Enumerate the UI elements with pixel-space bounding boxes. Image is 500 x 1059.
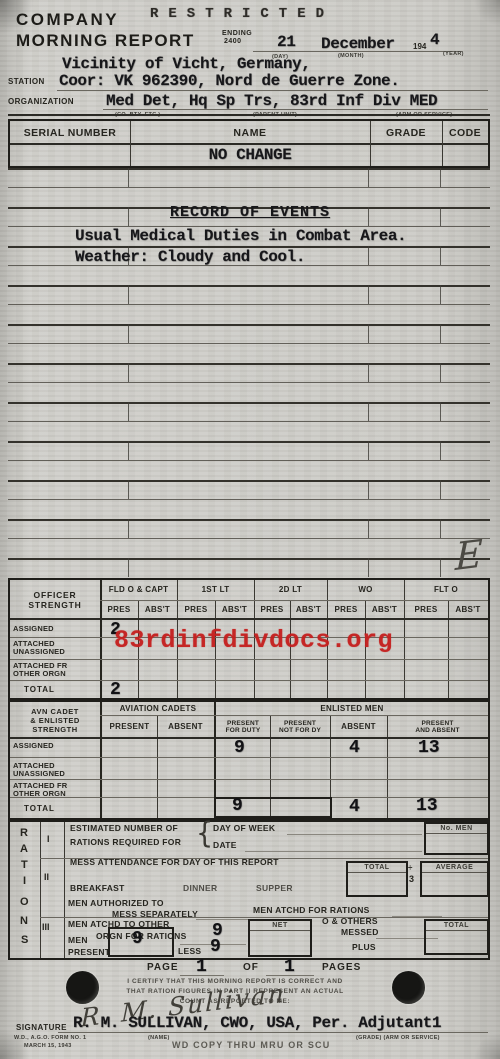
month-sublabel: (MONTH) — [338, 53, 364, 59]
organization-underline — [103, 109, 488, 110]
enlisted-subhead-rule — [10, 737, 488, 739]
divide-three: 3 — [409, 874, 414, 884]
punch-hole-left — [66, 971, 99, 1004]
net-box: NET — [248, 919, 312, 957]
station-value: Coor: VK 962390, Nord de Guerre Zone. — [59, 72, 399, 90]
present-not-for-duty-header: PRESENT NOT FOR DY — [270, 720, 330, 734]
location-value: Vicinity of Vicht, Germany, — [62, 55, 310, 73]
rations-numeral-divider — [64, 822, 65, 958]
enlisted-total-present-for-duty: 9 — [232, 796, 243, 816]
present-for-duty-header: PRESENT FOR DUTY — [216, 720, 270, 734]
organization-label: ORGANIZATION — [8, 97, 74, 106]
officer-group-2d-lt: 2D LT — [254, 586, 327, 594]
net-box-label: NET — [250, 921, 310, 931]
aviation-cadets-group-header: AVIATION CADETS — [102, 705, 214, 713]
breakfast-label: BREAKFAST — [70, 884, 125, 892]
enlisted-assigned-absent: 4 — [349, 738, 360, 758]
restricted-stamp: RESTRICTED — [150, 6, 334, 22]
signature-label: SIGNATURE — [16, 1023, 67, 1032]
less-value: 9 — [210, 937, 221, 957]
date-month-value: December — [321, 35, 395, 53]
officer-row-total-label: TOTAL — [24, 686, 55, 694]
men-authorized-line1: MEN AUTHORIZED TO — [68, 899, 164, 907]
rations-total-box: TOTAL — [424, 919, 489, 955]
rations-numeral-i: I — [47, 834, 50, 844]
page-label: PAGE — [147, 962, 179, 973]
form-date-footer: MARCH 15, 1943 — [24, 1043, 72, 1049]
ending-time: 2400 — [224, 38, 242, 45]
officer-group-wo: WO — [327, 586, 404, 594]
officer-group-fldo-capt: FLD O & CAPT — [100, 586, 177, 594]
rations-letter: O — [20, 896, 29, 908]
rations-letter: S — [21, 934, 28, 946]
name-header: NAME — [130, 127, 370, 139]
form-number-footer: W.D., A.G.O. FORM NO. 1 — [14, 1035, 86, 1041]
brace-glyph: { — [196, 816, 213, 850]
abst-header: ABS'T — [365, 606, 404, 614]
officer-strength-title: OFFICER STRENGTH — [10, 590, 100, 610]
enlisted-assigned-present-and-absent: 13 — [418, 738, 440, 758]
date-line — [245, 851, 422, 852]
no-men-box-label: No. MEN — [426, 824, 487, 834]
officer-sub-divider — [448, 600, 449, 698]
officer-group-1st-lt: 1ST LT — [177, 586, 254, 594]
rations-letter: T — [21, 859, 28, 871]
officer-row-assigned-label: ASSIGNED — [13, 625, 54, 633]
signature-underline — [58, 1032, 488, 1033]
men-label: MEN — [68, 936, 88, 944]
year-sublabel: (YEAR) — [443, 51, 464, 57]
cadets-present-header: PRESENT — [102, 723, 157, 731]
rations-letter-divider — [40, 822, 41, 958]
pages-label: PAGES — [322, 962, 361, 973]
ending-label: ENDING — [222, 30, 252, 37]
officer-row-att-fr-label: ATTACHED FR OTHER ORGN — [13, 662, 67, 677]
pres-header: PRES — [254, 606, 290, 614]
estimated-rations-line2: RATIONS REQUIRED FOR — [70, 838, 181, 846]
grade-header: GRADE — [370, 127, 442, 139]
day-of-week-line — [287, 834, 422, 835]
enlisted-row-att-unasg-label: ATTACHED UNASSIGNED — [13, 762, 65, 777]
year-printed: 194 — [413, 42, 426, 51]
enlisted-men-group-header: ENLISTED MEN — [216, 705, 488, 713]
day-of-week-label: DAY OF WEEK — [213, 824, 275, 832]
o-and-others-line1: O & OTHERS — [322, 917, 378, 925]
enlisted-row-rule — [10, 779, 488, 780]
grade-arm-sublabel: (GRADE) (ARM OR SERVICE) — [356, 1035, 440, 1041]
mess-separately-line — [196, 919, 248, 920]
pages-num-value: 1 — [284, 957, 295, 977]
date-year-value: 4 — [430, 31, 439, 49]
no-men-box: No. MEN — [424, 822, 489, 855]
rations-total-box-label: TOTAL — [426, 921, 487, 931]
dinner-label: DINNER — [183, 884, 217, 892]
plus-label: PLUS — [352, 943, 376, 951]
enlisted-row-assigned-label: ASSIGNED — [13, 742, 54, 750]
supper-label: SUPPER — [256, 884, 293, 892]
watermark-text: 83rdinfdivdocs.org — [114, 626, 393, 655]
name-sublabel: (NAME) — [148, 1035, 170, 1041]
officer-row-att-unasg-label: ATTACHED UNASSIGNED — [13, 640, 65, 655]
officer-total-value: 2 — [110, 680, 121, 700]
date-label: DATE — [213, 841, 237, 849]
station-label: STATION — [8, 77, 45, 86]
cadets-absent-header: ABSENT — [157, 723, 214, 731]
wd-copy-footer: WD COPY THRU MRU OR SCU — [172, 1040, 330, 1050]
abst-header: ABS'T — [215, 606, 254, 614]
officer-row-rule — [10, 659, 488, 660]
mess-total-box: TOTAL — [346, 861, 408, 897]
abst-header: ABS'T — [448, 606, 488, 614]
officer-row-rule — [10, 680, 488, 681]
enlisted-row-rule — [10, 757, 488, 758]
rations-letter: A — [20, 843, 28, 855]
record-of-events-title: RECORD OF EVENTS — [170, 204, 330, 221]
enlisted-strength-title: AVN CADET & ENLISTED STRENGTH — [10, 707, 100, 734]
men-present-value: 9 — [132, 929, 143, 949]
rations-numeral-iii: III — [42, 922, 50, 932]
estimated-rations-line1: ESTIMATED NUMBER OF — [70, 824, 178, 832]
roster-entry-no-change: NO CHANGE — [130, 146, 370, 164]
roster-table: SERIAL NUMBER NAME GRADE CODE NO CHANGE — [8, 119, 490, 168]
code-header: CODE — [442, 127, 488, 139]
events-line-1: Usual Medical Duties in Combat Area. — [75, 227, 406, 245]
o-and-others-line2: MESSED — [341, 928, 379, 936]
enlisted-grouphead-rule — [100, 715, 488, 716]
events-line-2: Weather: Cloudy and Cool. — [75, 248, 305, 266]
less-label: LESS — [178, 947, 201, 955]
rations-letter: I — [23, 875, 26, 887]
pres-header: PRES — [177, 606, 215, 614]
average-box: AVERAGE — [420, 861, 489, 897]
enlisted-label-divider — [100, 702, 102, 818]
enlisted-total-present-and-absent: 13 — [416, 796, 438, 816]
abst-header: ABS'T — [138, 606, 177, 614]
rations-numeral-ii: II — [44, 872, 49, 882]
pres-header: PRES — [100, 606, 138, 614]
roster-top-rule — [8, 114, 490, 116]
date-day-value: 21 — [277, 33, 295, 51]
mess-total-box-label: TOTAL — [348, 863, 406, 873]
present-label: PRESENT — [68, 948, 110, 956]
enlisted-absent-header: ABSENT — [330, 723, 387, 731]
men-authorized-line2: MESS SEPARATELY — [112, 910, 198, 918]
entry-col-divider — [440, 168, 441, 577]
rations-letter: R — [20, 827, 28, 839]
punch-hole-right — [392, 971, 425, 1004]
enlisted-strength-table: AVN CADET & ENLISTED STRENGTH AVIATION C… — [8, 700, 490, 820]
of-label: OF — [243, 962, 259, 973]
morning-report-document: RESTRICTED COMPANY MORNING REPORT ENDING… — [0, 0, 500, 1059]
abst-header: ABS'T — [290, 606, 327, 614]
enlisted-total-absent: 4 — [349, 797, 360, 817]
officer-grouphead-rule — [100, 600, 488, 601]
divide-sign: ÷ — [408, 863, 412, 872]
rations-row-divider — [40, 917, 488, 918]
serial-number-header: SERIAL NUMBER — [10, 127, 130, 139]
officer-subhead-rule — [10, 618, 488, 620]
average-box-label: AVERAGE — [422, 863, 487, 873]
enlisted-row-att-fr-label: ATTACHED FR OTHER ORGN — [13, 782, 67, 797]
enlisted-assigned-present-for-duty: 9 — [234, 738, 245, 758]
officer-group-flt-o: FLT O — [404, 586, 488, 594]
signature-typed-value: R. M. SULLIVAN, CWO, USA, Per. Adjutant1 — [73, 1014, 441, 1032]
handwritten-scribble: E — [455, 531, 485, 579]
rations-letter: N — [20, 915, 28, 927]
page-num-value: 1 — [196, 957, 207, 977]
form-title-company: COMPANY — [16, 10, 119, 30]
pres-header: PRES — [404, 606, 448, 614]
organization-value: Med Det, Hq Sp Trs, 83rd Inf Div MED — [106, 92, 437, 110]
roster-header-rule — [10, 143, 488, 145]
enlisted-row-total-label: TOTAL — [24, 805, 55, 813]
form-title-morning-report: MORNING REPORT — [16, 31, 195, 51]
men-atchd-for-rations-line — [392, 916, 442, 917]
men-atchd-for-rations-label: MEN ATCHD FOR RATIONS — [253, 906, 370, 914]
present-and-absent-header: PRESENT AND ABSENT — [387, 720, 488, 734]
pres-header: PRES — [327, 606, 365, 614]
station-underline — [57, 90, 488, 91]
mess-attendance-label: MESS ATTENDANCE FOR DAY OF THIS REPORT — [70, 858, 279, 866]
